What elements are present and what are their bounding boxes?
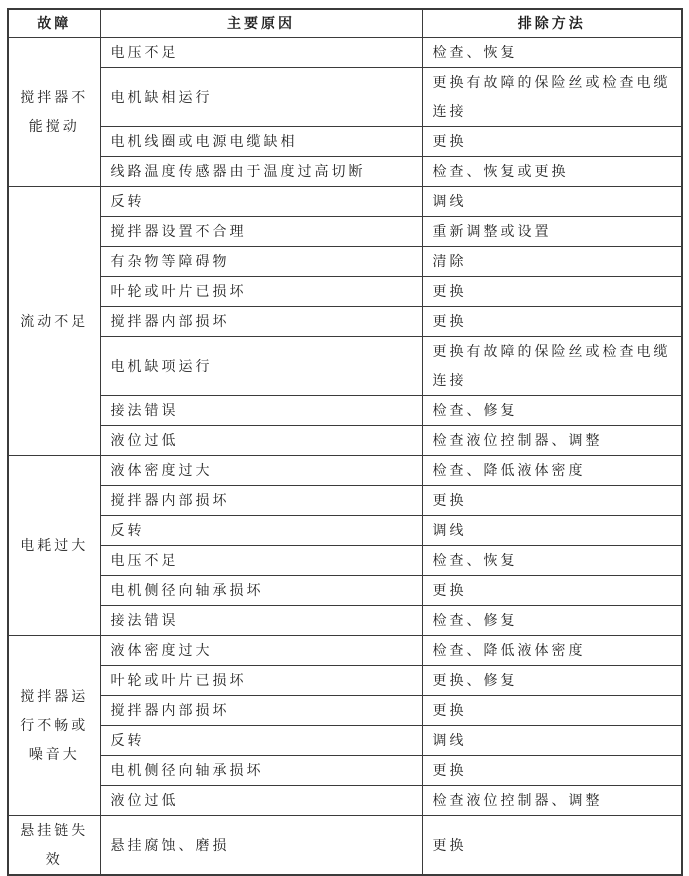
table-body: 搅拌器不能搅动电压不足检查、恢复电机缺相运行更换有故障的保险丝或检查电缆连接电机… bbox=[8, 38, 682, 876]
remedy-cell: 重新调整或设置 bbox=[422, 217, 682, 247]
remedy-cell: 检查、恢复 bbox=[422, 38, 682, 68]
cause-cell: 悬挂腐蚀、磨损 bbox=[100, 816, 422, 876]
table-row: 悬挂链失效悬挂腐蚀、磨损更换 bbox=[8, 816, 682, 876]
cause-cell: 电机侧径向轴承损坏 bbox=[100, 756, 422, 786]
table-row: 反转调线 bbox=[8, 726, 682, 756]
table-row: 电机缺项运行更换有故障的保险丝或检查电缆连接 bbox=[8, 337, 682, 396]
header-row: 故障 主要原因 排除方法 bbox=[8, 9, 682, 38]
table-row: 叶轮或叶片已损坏更换、修复 bbox=[8, 666, 682, 696]
fault-cell: 电耗过大 bbox=[8, 456, 100, 636]
cause-cell: 接法错误 bbox=[100, 396, 422, 426]
header-remedy: 排除方法 bbox=[422, 9, 682, 38]
table-row: 搅拌器内部损坏更换 bbox=[8, 696, 682, 726]
remedy-cell: 调线 bbox=[422, 516, 682, 546]
header-fault: 故障 bbox=[8, 9, 100, 38]
cause-cell: 反转 bbox=[100, 187, 422, 217]
fault-cell: 悬挂链失效 bbox=[8, 816, 100, 876]
remedy-cell: 更换 bbox=[422, 756, 682, 786]
fault-cell: 搅拌器运行不畅或噪音大 bbox=[8, 636, 100, 816]
table-row: 搅拌器内部损坏更换 bbox=[8, 307, 682, 337]
table-row: 液位过低检查液位控制器、调整 bbox=[8, 426, 682, 456]
table-row: 搅拌器不能搅动电压不足检查、恢复 bbox=[8, 38, 682, 68]
fault-cell: 搅拌器不能搅动 bbox=[8, 38, 100, 187]
cause-cell: 反转 bbox=[100, 516, 422, 546]
cause-cell: 叶轮或叶片已损坏 bbox=[100, 666, 422, 696]
cause-cell: 有杂物等障碍物 bbox=[100, 247, 422, 277]
cause-cell: 液体密度过大 bbox=[100, 636, 422, 666]
remedy-cell: 更换 bbox=[422, 486, 682, 516]
remedy-cell: 检查液位控制器、调整 bbox=[422, 426, 682, 456]
header-cause: 主要原因 bbox=[100, 9, 422, 38]
remedy-cell: 检查、修复 bbox=[422, 396, 682, 426]
remedy-cell: 调线 bbox=[422, 187, 682, 217]
remedy-cell: 更换 bbox=[422, 576, 682, 606]
cause-cell: 反转 bbox=[100, 726, 422, 756]
table-row: 有杂物等障碍物清除 bbox=[8, 247, 682, 277]
remedy-cell: 更换 bbox=[422, 816, 682, 876]
remedy-cell: 检查、恢复或更换 bbox=[422, 157, 682, 187]
remedy-cell: 更换 bbox=[422, 696, 682, 726]
remedy-cell: 更换 bbox=[422, 307, 682, 337]
cause-cell: 液体密度过大 bbox=[100, 456, 422, 486]
remedy-cell: 检查、修复 bbox=[422, 606, 682, 636]
table-row: 电机线圈或电源电缆缺相更换 bbox=[8, 127, 682, 157]
table-row: 液位过低检查液位控制器、调整 bbox=[8, 786, 682, 816]
cause-cell: 电压不足 bbox=[100, 38, 422, 68]
cause-cell: 线路温度传感器由于温度过高切断 bbox=[100, 157, 422, 187]
table-row: 搅拌器运行不畅或噪音大液体密度过大检查、降低液体密度 bbox=[8, 636, 682, 666]
remedy-cell: 更换 bbox=[422, 277, 682, 307]
table-row: 电机缺相运行更换有故障的保险丝或检查电缆连接 bbox=[8, 68, 682, 127]
remedy-cell: 检查、降低液体密度 bbox=[422, 456, 682, 486]
remedy-cell: 更换 bbox=[422, 127, 682, 157]
remedy-cell: 检查液位控制器、调整 bbox=[422, 786, 682, 816]
cause-cell: 电机缺相运行 bbox=[100, 68, 422, 127]
cause-cell: 接法错误 bbox=[100, 606, 422, 636]
cause-cell: 电机线圈或电源电缆缺相 bbox=[100, 127, 422, 157]
fault-cell: 流动不足 bbox=[8, 187, 100, 456]
cause-cell: 搅拌器内部损坏 bbox=[100, 696, 422, 726]
cause-cell: 叶轮或叶片已损坏 bbox=[100, 277, 422, 307]
table-row: 线路温度传感器由于温度过高切断检查、恢复或更换 bbox=[8, 157, 682, 187]
table-row: 搅拌器设置不合理重新调整或设置 bbox=[8, 217, 682, 247]
table-row: 接法错误检查、修复 bbox=[8, 396, 682, 426]
table-row: 电机侧径向轴承损坏更换 bbox=[8, 576, 682, 606]
cause-cell: 液位过低 bbox=[100, 786, 422, 816]
cause-cell: 电压不足 bbox=[100, 546, 422, 576]
troubleshooting-table: 故障 主要原因 排除方法 搅拌器不能搅动电压不足检查、恢复电机缺相运行更换有故障… bbox=[7, 8, 683, 876]
table-row: 电机侧径向轴承损坏更换 bbox=[8, 756, 682, 786]
table-row: 搅拌器内部损坏更换 bbox=[8, 486, 682, 516]
table-row: 反转调线 bbox=[8, 516, 682, 546]
page: 故障 主要原因 排除方法 搅拌器不能搅动电压不足检查、恢复电机缺相运行更换有故障… bbox=[0, 0, 689, 876]
cause-cell: 搅拌器内部损坏 bbox=[100, 307, 422, 337]
remedy-cell: 检查、恢复 bbox=[422, 546, 682, 576]
remedy-cell: 清除 bbox=[422, 247, 682, 277]
remedy-cell: 更换有故障的保险丝或检查电缆连接 bbox=[422, 68, 682, 127]
table-row: 电压不足检查、恢复 bbox=[8, 546, 682, 576]
table-row: 叶轮或叶片已损坏更换 bbox=[8, 277, 682, 307]
cause-cell: 搅拌器设置不合理 bbox=[100, 217, 422, 247]
table-row: 接法错误检查、修复 bbox=[8, 606, 682, 636]
cause-cell: 电机侧径向轴承损坏 bbox=[100, 576, 422, 606]
remedy-cell: 更换有故障的保险丝或检查电缆连接 bbox=[422, 337, 682, 396]
remedy-cell: 检查、降低液体密度 bbox=[422, 636, 682, 666]
remedy-cell: 更换、修复 bbox=[422, 666, 682, 696]
table-row: 流动不足反转调线 bbox=[8, 187, 682, 217]
cause-cell: 液位过低 bbox=[100, 426, 422, 456]
remedy-cell: 调线 bbox=[422, 726, 682, 756]
cause-cell: 电机缺项运行 bbox=[100, 337, 422, 396]
cause-cell: 搅拌器内部损坏 bbox=[100, 486, 422, 516]
table-row: 电耗过大液体密度过大检查、降低液体密度 bbox=[8, 456, 682, 486]
